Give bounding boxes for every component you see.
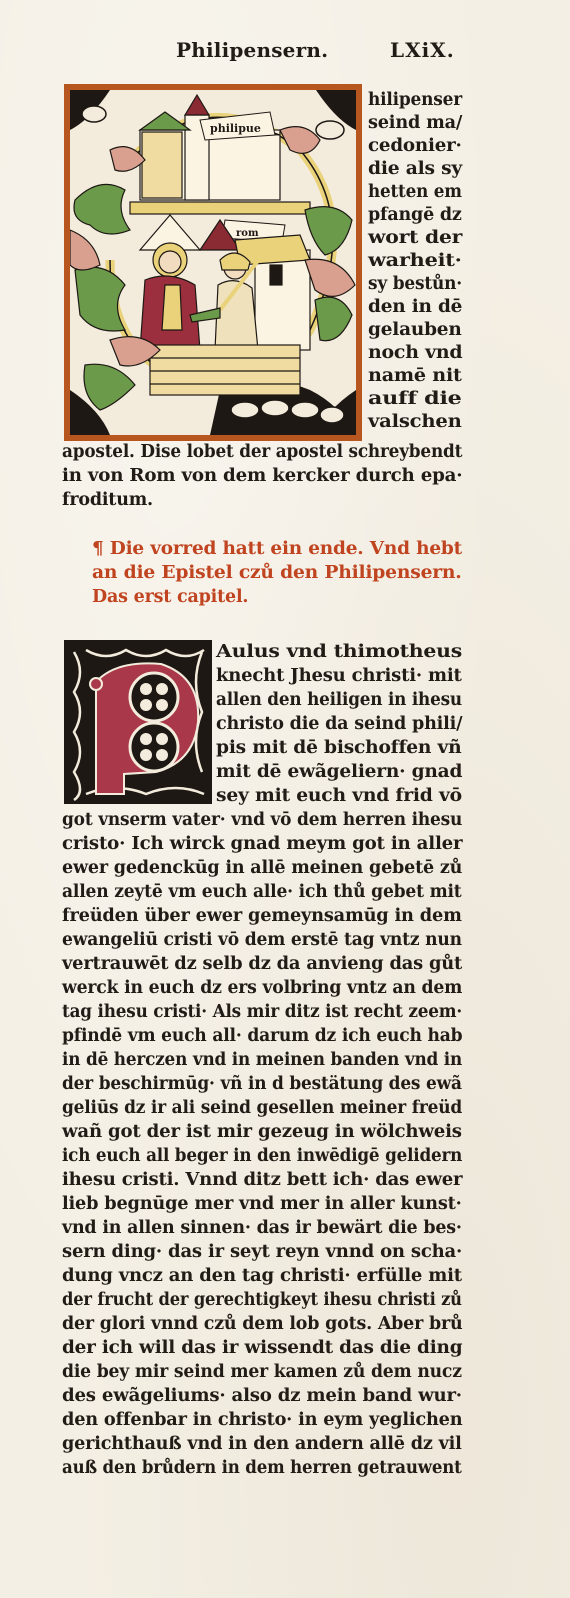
text-line: in von Rom von dem kercker durch epa· <box>62 464 462 489</box>
text-line: allen den heiligen in ihesu <box>216 688 462 713</box>
text-line: den in dē <box>368 295 462 320</box>
text-line: froditum. <box>62 488 153 513</box>
text-line: apostel. Dise lobet der apostel schreybe… <box>62 440 462 465</box>
text-line: christo die da seind phili/ <box>216 712 462 737</box>
text-line: ihesu cristi. Vnnd ditz bett ich· das ew… <box>62 1168 462 1193</box>
text-line: den offenbar in christo· in eym yegliche… <box>62 1408 462 1433</box>
text-line: hilipenser <box>368 88 462 113</box>
folio-number: LXiX. <box>390 38 455 62</box>
text-line: seind ma/ <box>368 111 462 136</box>
banderole-middle-text: rom <box>236 228 259 239</box>
decorated-initial-p <box>64 640 212 804</box>
text-line: vnd in allen sinnen· das ir bewärt die b… <box>62 1216 462 1241</box>
text-line: der glori vnnd czů dem lob gots. Aber br… <box>62 1312 462 1337</box>
rubric-line: ¶ Die vorred hatt ein ende. Vnd hebt <box>92 537 462 562</box>
text-line: pfangē dz <box>368 203 462 228</box>
text-line: auff die <box>368 387 462 412</box>
woodcut-historiated-initial: philipue rom <box>64 84 362 441</box>
text-line: die bey mir seind mer kamen zů dem nucz <box>62 1360 462 1385</box>
text-line: die als sy <box>368 157 462 182</box>
text-line: gerichthauß vnd in den andern allē dz vi… <box>62 1432 462 1457</box>
text-line: geliūs dz ir ali seind gesellen meiner f… <box>62 1096 462 1121</box>
text-line: noch vnd <box>368 341 462 366</box>
text-line: ich euch all beger in den inwēdigē gelid… <box>62 1144 462 1169</box>
initial-letter-p-icon <box>66 642 210 802</box>
rubric-line: Das erst capitel. <box>92 585 248 610</box>
text-line: namē nit <box>368 364 462 389</box>
text-line: wañ got der ist mir gezeug in wölchweis <box>62 1120 462 1145</box>
text-line: freüden über ewer gemeynsamūg in dem <box>62 904 462 929</box>
manuscript-page: Philipensern. LXiX. <box>0 0 570 1598</box>
text-line: warheit· <box>368 249 462 274</box>
text-line: valschen <box>368 410 462 435</box>
text-line: cristo· Ich wirck gnad meym got in aller <box>62 832 462 857</box>
text-line: tag ihesu cristi· Als mir ditz ist recht… <box>62 1000 462 1025</box>
rubric-line: an die Epistel czů den Philipensern. <box>92 561 462 586</box>
page-header: Philipensern. LXiX. <box>0 36 570 66</box>
text-line: hetten em <box>368 180 462 205</box>
text-line: des ewãgeliums· also dz mein band wur· <box>62 1384 462 1409</box>
text-line: der ich will das ir wissendt das die din… <box>62 1336 462 1361</box>
text-line: vertrauwēt dz selb dz da anvieng das gůt <box>62 952 462 977</box>
text-line: Aulus vnd thimotheus <box>216 640 462 665</box>
text-line: knecht Jhesu christi· mit <box>216 664 462 689</box>
text-line: der frucht der gerechtigkeyt ihesu chris… <box>62 1288 462 1313</box>
running-title: Philipensern. <box>176 38 328 62</box>
text-line: der beschirmūg· vñ in d bestätung des ew… <box>62 1072 462 1097</box>
text-line: ewangeliū cristi vō dem erstē tag vntz n… <box>62 928 462 953</box>
text-line: got vnserm vater· vnd vō dem herren ihes… <box>62 808 462 833</box>
text-line: gelauben <box>368 318 462 343</box>
text-line: pis mit dē bischoffen vñ <box>216 736 462 761</box>
banderole-top-text: philipue <box>210 122 261 135</box>
text-line: auß den brůdern in dem herren getrauwent <box>62 1456 462 1481</box>
woodcut-illustration-icon: philipue rom <box>70 90 356 435</box>
text-line: sern ding· das ir seyt reyn vnnd on scha… <box>62 1240 462 1265</box>
text-line: in dē herczen vnd in meinen banden vnd i… <box>62 1048 462 1073</box>
text-line: mit dē ewãgeliern· gnad <box>216 760 462 785</box>
text-line: ewer gedenckūg in allē meinen gebetē zů <box>62 856 462 881</box>
text-line: lieb begnūge mer vnd mer in aller kunst· <box>62 1192 462 1217</box>
text-line: cedonier· <box>368 134 462 159</box>
text-line: werck in euch dz ers volbring vntz an de… <box>62 976 462 1001</box>
text-line: wort der <box>368 226 462 251</box>
text-line: dung vncz an den tag christi· erfülle mi… <box>62 1264 462 1289</box>
text-line: sey mit euch vnd frid vō <box>216 784 462 809</box>
text-line: sy bestůn· <box>368 272 462 297</box>
text-line: pfindē vm euch all· darum dz ich euch ha… <box>62 1024 462 1049</box>
text-line: allen zeytē vm euch alle· ich thů gebet … <box>62 880 462 905</box>
